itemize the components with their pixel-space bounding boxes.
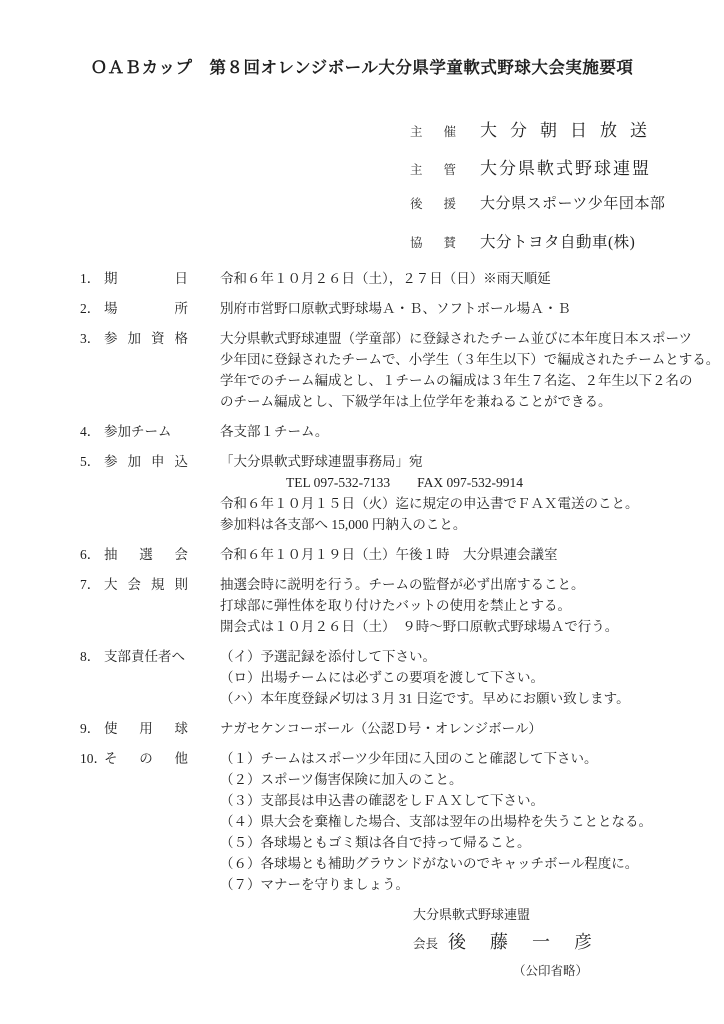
item-body: 大分県軟式野球連盟（学童部）に登録されたチーム並びに本年度日本スポーツ少年団に登… (220, 328, 724, 412)
item-label: 使用球 (104, 718, 188, 739)
item-line: 開会式は１０月２６日（土） ９時～野口原軟式野球場Ａで行う。 (220, 616, 724, 637)
item-line: 各支部１チーム。 (220, 421, 724, 442)
item-number: 1． (80, 268, 104, 289)
item-label: 期日 (104, 268, 188, 289)
item-line: 大分県軟式野球連盟（学童部）に登録されたチーム並びに本年度日本スポーツ (220, 328, 724, 349)
item-line: 打球部に弾性体を取り付けたバットの使用を禁止とする。 (220, 595, 724, 616)
item-line: 別府市営野口原軟式野球場Ａ・Ｂ、ソフトボール場Ａ・Ｂ (220, 298, 724, 319)
item-body: （１）チームはスポーツ少年団に入団のこと確認して下さい。（２）スポーツ傷害保険に… (220, 748, 724, 895)
item-body: 令和６年１０月１９日（土）午後１時 大分県連会議室 (220, 544, 724, 565)
list-item: 10．その他（１）チームはスポーツ少年団に入団のこと確認して下さい。（２）スポー… (80, 748, 724, 895)
item-line: （ロ）出場チームには必ずこの要項を渡して下さい。 (220, 667, 724, 688)
sponsor-block: 主催大分朝日放送主管大分県軟式野球連盟後援大分県スポーツ少年団本部協賛大分トヨタ… (410, 116, 724, 252)
item-number: 3． (80, 328, 104, 349)
item-number: 2． (80, 298, 104, 319)
item-number: 10． (80, 748, 104, 769)
item-line: （１）チームはスポーツ少年団に入団のこと確認して下さい。 (220, 748, 724, 769)
closing-seal-note: （公印省略） (513, 961, 724, 979)
item-line: 参加料は各支部へ 15,000 円納入のこと。 (220, 514, 724, 535)
item-label: 支部責任者へ (104, 646, 188, 667)
sponsor-row: 主管大分県軟式野球連盟 (410, 154, 724, 176)
item-label: 場所 (104, 298, 188, 319)
closing-organization: 大分県軟式野球連盟 (413, 904, 724, 923)
item-line: のチーム編成とし、下級学年は上位学年を兼ねることができる。 (220, 391, 724, 412)
item-line: 令和６年１０月２６日（土），２７日（日）※雨天順延 (220, 268, 724, 289)
sponsor-name: 大分県スポーツ少年団本部 (480, 192, 665, 213)
sponsor-role-label: 主催 (410, 122, 456, 140)
item-line: 令和６年１０月１５日（火）迄に規定の申込書でＦＡＸ電送のこと。 (220, 493, 724, 514)
item-body: 抽選会時に説明を行う。チームの監督が必ず出席すること。打球部に弾性体を取り付けた… (220, 574, 724, 637)
list-item: 2．場所別府市営野口原軟式野球場Ａ・Ｂ、ソフトボール場Ａ・Ｂ (80, 298, 724, 319)
list-item: 5．参加申込「大分県軟式野球連盟事務局」宛TEL 097-532-7133 FA… (80, 451, 724, 535)
item-number: 6． (80, 544, 104, 565)
item-line: （イ）予選記録を添付して下さい。 (220, 646, 724, 667)
document-page: ＯＡＢカップ 第８回オレンジボール大分県学童軟式野球大会実施要項 主催大分朝日放… (0, 0, 724, 1024)
item-number: 9． (80, 718, 104, 739)
item-label: 大会規則 (104, 574, 188, 595)
item-body: 「大分県軟式野球連盟事務局」宛TEL 097-532-7133 FAX 097-… (220, 451, 724, 535)
item-number: 4． (80, 421, 104, 442)
item-body: 別府市営野口原軟式野球場Ａ・Ｂ、ソフトボール場Ａ・Ｂ (220, 298, 724, 319)
item-number: 7． (80, 574, 104, 595)
item-body: ナガセケンコーボール（公認Ｄ号・オレンジボール） (220, 718, 724, 739)
list-item: 1．期日令和６年１０月２６日（土），２７日（日）※雨天順延 (80, 268, 724, 289)
item-line: （２）スポーツ傷害保険に加入のこと。 (220, 769, 724, 790)
closing-role-label: 会長 (413, 934, 438, 952)
sponsor-name: 大分県軟式野球連盟 (480, 154, 651, 179)
item-number: 5． (80, 451, 104, 472)
item-line: （６）各球場とも補助グラウンドがないのでキャッチボール程度に。 (220, 853, 724, 874)
item-line: （ハ）本年度登録〆切は３月 31 日迄です。早めにお願い致します。 (220, 688, 724, 709)
closing-block: 大分県軟式野球連盟 会長 後藤一彦 （公印省略） (413, 904, 724, 979)
list-item: 7．大会規則抽選会時に説明を行う。チームの監督が必ず出席すること。打球部に弾性体… (80, 574, 724, 637)
item-line: 令和６年１０月１９日（土）午後１時 大分県連会議室 (220, 544, 724, 565)
sponsor-role-label: 後援 (410, 194, 456, 212)
sponsor-row: 協賛大分トヨタ自動車(株) (410, 230, 724, 252)
sponsor-role-label: 主管 (410, 160, 456, 178)
sponsor-role-label: 協賛 (410, 233, 456, 251)
item-label: その他 (104, 748, 188, 769)
item-line: 抽選会時に説明を行う。チームの監督が必ず出席すること。 (220, 574, 724, 595)
sponsor-name: 大分朝日放送 (480, 116, 660, 141)
document-title: ＯＡＢカップ 第８回オレンジボール大分県学童軟式野球大会実施要項 (0, 0, 724, 78)
sponsor-row: 後援大分県スポーツ少年団本部 (410, 192, 724, 214)
list-item: 9．使用球ナガセケンコーボール（公認Ｄ号・オレンジボール） (80, 718, 724, 739)
item-line: 学年でのチーム編成とし、１チームの編成は３年生７名迄、２年生以下２名の (220, 370, 724, 391)
sponsor-name: 大分トヨタ自動車(株) (480, 230, 635, 252)
item-body: 各支部１チーム。 (220, 421, 724, 442)
closing-signature-row: 会長 後藤一彦 (413, 928, 724, 954)
item-line: （７）マナーを守りましょう。 (220, 874, 724, 895)
item-line: （３）支部長は申込書の確認をしＦＡＸして下さい。 (220, 790, 724, 811)
closing-president-name: 後藤一彦 (448, 928, 616, 954)
list-item: 8．支部責任者へ（イ）予選記録を添付して下さい。（ロ）出場チームには必ずこの要項… (80, 646, 724, 709)
item-body: （イ）予選記録を添付して下さい。（ロ）出場チームには必ずこの要項を渡して下さい。… (220, 646, 724, 709)
list-item: 4．参加チーム各支部１チーム。 (80, 421, 724, 442)
item-line: （４）県大会を棄権した場合、支部は翌年の出場枠を失うこととなる。 (220, 811, 724, 832)
item-line: TEL 097-532-7133 FAX 097-532-9914 (220, 472, 724, 493)
list-item: 3．参加資格大分県軟式野球連盟（学童部）に登録されたチーム並びに本年度日本スポー… (80, 328, 724, 412)
item-label: 参加チーム (104, 421, 188, 442)
item-line: （５）各球場ともゴミ類は各自で持って帰ること。 (220, 832, 724, 853)
item-label: 参加申込 (104, 451, 188, 472)
list-item: 6．抽選会令和６年１０月１９日（土）午後１時 大分県連会議室 (80, 544, 724, 565)
item-body: 令和６年１０月２６日（土），２７日（日）※雨天順延 (220, 268, 724, 289)
item-line: 「大分県軟式野球連盟事務局」宛 (220, 451, 724, 472)
item-line: 少年団に登録されたチームで、小学生（３年生以下）で編成されたチームとする。 (220, 349, 724, 370)
item-label: 抽選会 (104, 544, 188, 565)
numbered-item-list: 1．期日令和６年１０月２６日（土），２７日（日）※雨天順延2．場所別府市営野口原… (80, 268, 724, 895)
sponsor-row: 主催大分朝日放送 (410, 116, 724, 138)
item-label: 参加資格 (104, 328, 188, 349)
item-line: ナガセケンコーボール（公認Ｄ号・オレンジボール） (220, 718, 724, 739)
item-number: 8． (80, 646, 104, 667)
